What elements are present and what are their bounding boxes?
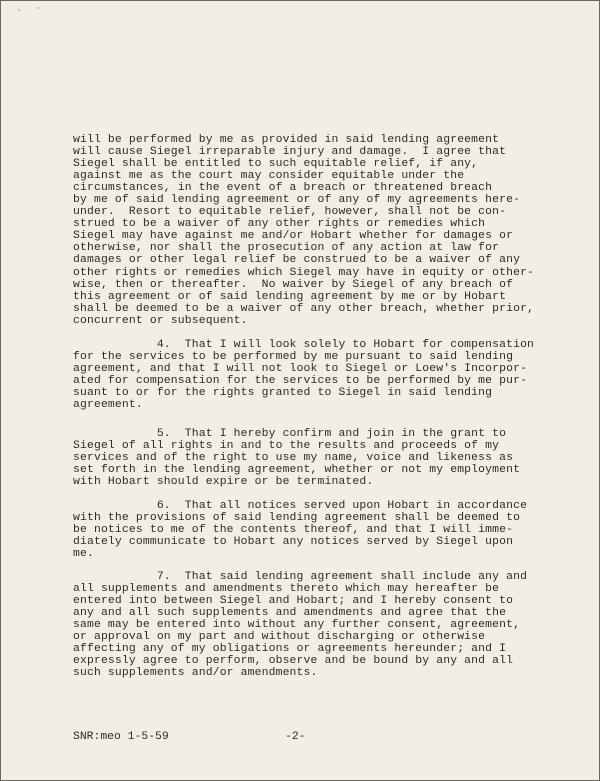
- text-line: diately communicate to Hobart any notice…: [73, 536, 553, 548]
- text-line: Siegel shall be entitled to such equitab…: [73, 158, 553, 170]
- text-line: suant to or for the rights granted to Si…: [73, 387, 553, 399]
- text-line: agreement.: [73, 399, 553, 411]
- text-line: for the services to be performed by me p…: [73, 351, 553, 363]
- document-page: will be performed by me as provided in s…: [0, 0, 600, 781]
- text-line: this agreement or of said lending agreem…: [73, 291, 553, 303]
- typist-reference: SNR:meo 1-5-59: [73, 731, 169, 743]
- text-line: services and of the right to use my name…: [73, 452, 553, 464]
- text-line: otherwise, nor shall the prosecution of …: [73, 242, 553, 254]
- text-line: all supplements and amendments thereto w…: [73, 583, 553, 595]
- text-line: with the provisions of said lending agre…: [73, 512, 553, 524]
- text-line: 5. That I hereby confirm and join in the…: [73, 428, 553, 440]
- text-line: affecting any of my obligations or agree…: [73, 643, 553, 655]
- text-line: Siegel of all rights in and to the resul…: [73, 440, 553, 452]
- text-line: concurrent or subsequent.: [73, 315, 553, 327]
- text-line: under. Resort to equitable relief, howev…: [73, 206, 553, 218]
- text-line: such supplements and/or amendments.: [73, 667, 553, 679]
- clause-4: 4. That I will look solely to Hobart for…: [73, 339, 553, 411]
- text-line: 7. That said lending agreement shall inc…: [73, 571, 553, 583]
- text-line: entered into between Siegel and Hobart; …: [73, 595, 553, 607]
- text-line: against me as the court may consider equ…: [73, 170, 553, 182]
- text-line: with Hobart should expire or be terminat…: [73, 476, 553, 488]
- text-line: wise, then or thereafter. No waiver by S…: [73, 279, 553, 291]
- text-line: strued to be a waiver of any other right…: [73, 218, 553, 230]
- text-line: will cause Siegel irreparable injury and…: [73, 146, 553, 158]
- paper-speck: [18, 9, 20, 11]
- text-line: me.: [73, 548, 553, 560]
- text-line: ated for compensation for the services t…: [73, 375, 553, 387]
- text-line: 6. That all notices served upon Hobart i…: [73, 500, 553, 512]
- text-line: other rights or remedies which Siegel ma…: [73, 267, 553, 279]
- text-line: damages or other legal relief be constru…: [73, 254, 553, 266]
- text-line: Siegel may have against me and/or Hobart…: [73, 230, 553, 242]
- text-line: shall be deemed to be a waiver of any ot…: [73, 303, 553, 315]
- text-line: be notices to me of the contents thereof…: [73, 524, 553, 536]
- clause-5: 5. That I hereby confirm and join in the…: [73, 428, 553, 488]
- text-line: set forth in the lending agreement, whet…: [73, 464, 553, 476]
- clause-7: 7. That said lending agreement shall inc…: [73, 571, 553, 679]
- text-line: will be performed by me as provided in s…: [73, 134, 553, 146]
- text-line: or approval on my part and without disch…: [73, 631, 553, 643]
- text-line: 4. That I will look solely to Hobart for…: [73, 339, 553, 351]
- clause-6: 6. That all notices served upon Hobart i…: [73, 500, 553, 560]
- text-line: agreement, and that I will not look to S…: [73, 363, 553, 375]
- text-line: by me of said lending agreement or of an…: [73, 194, 553, 206]
- text-line: expressly agree to perform, observe and …: [73, 655, 553, 667]
- text-line: any and all such supplements and amendme…: [73, 607, 553, 619]
- paper-speck: [37, 7, 39, 9]
- page-number: -2-: [285, 731, 306, 743]
- text-line: same may be entered into without any fur…: [73, 619, 553, 631]
- paragraph-continuation: will be performed by me as provided in s…: [73, 134, 553, 327]
- text-line: circumstances, in the event of a breach …: [73, 182, 553, 194]
